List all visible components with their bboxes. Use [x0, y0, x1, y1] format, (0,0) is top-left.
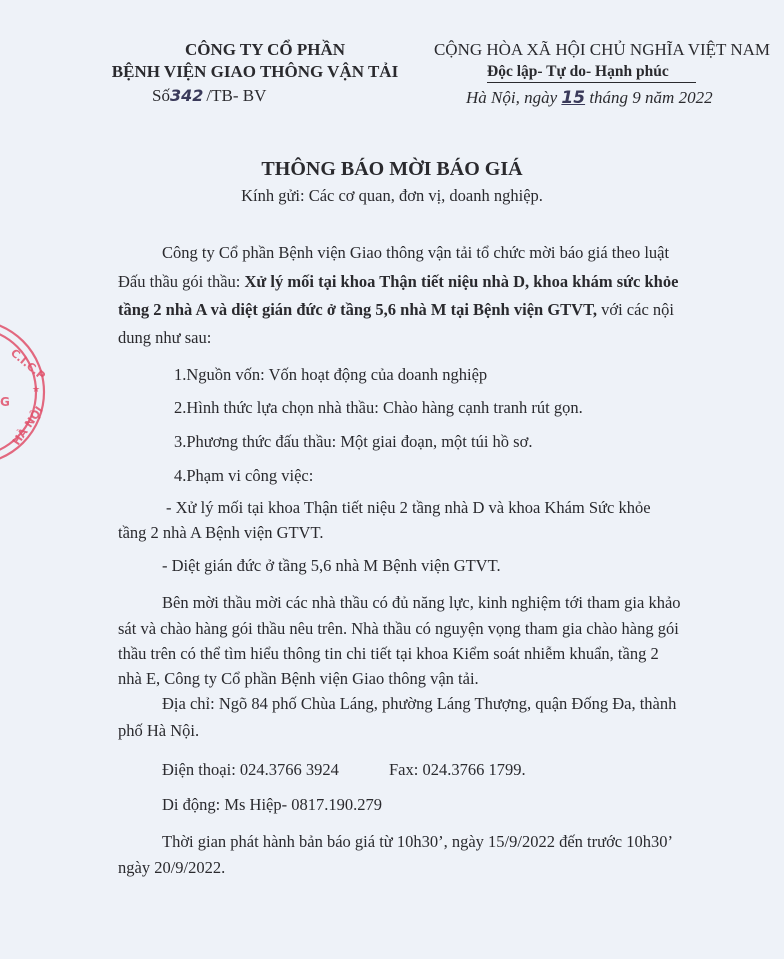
date-prefix: Hà Nội, ngày: [466, 88, 561, 107]
stamp-text-cicp: C.I.C.P: [8, 346, 48, 382]
document-number-handwritten: 342: [170, 86, 203, 105]
invitation-line-1: Bên mời thầu mời các nhà thầu có đủ năng…: [162, 593, 681, 613]
item-funding: 1.Nguồn vốn: Vốn hoạt động của doanh ngh…: [174, 365, 487, 385]
intro-line-3: tầng 2 nhà A và diệt gián đức ở tầng 5,6…: [118, 300, 674, 320]
item-bidding-method: 3.Phương thức đấu thầu: Một giai đoạn, m…: [174, 432, 532, 452]
item-scope: 4.Phạm vi công việc:: [174, 466, 313, 486]
stamp-text-hanoi: HÀ NỘI: [10, 404, 46, 448]
invitation-line-3: thầu trên có thể tìm hiểu thông tin chi …: [118, 644, 659, 664]
intro-tail: với các nội: [597, 300, 674, 319]
intro-line-4: dung như sau:: [118, 328, 211, 348]
date-day-handwritten: 15: [561, 88, 585, 108]
package-name-part-1: Xử lý mối tại khoa Thận tiết niệu nhà D,…: [244, 272, 678, 291]
intro-line-1: Công ty Cổ phần Bệnh viện Giao thông vận…: [162, 243, 669, 263]
national-title: CỘNG HÒA XÃ HỘI CHỦ NGHĨA VIỆT NAM: [420, 40, 784, 60]
company-name-line1: CÔNG TY CỔ PHẦN: [110, 40, 420, 60]
document-number-suffix: /TB- BV: [206, 86, 266, 105]
scope-bullet-1-line-1: - Xử lý mối tại khoa Thận tiết niệu 2 tầ…: [166, 498, 651, 518]
release-time-line-1: Thời gian phát hành bản báo giá từ 10h30…: [162, 832, 673, 852]
address-line-2: phố Hà Nội.: [118, 721, 199, 741]
document-number: Số342/TB- BV: [152, 86, 266, 106]
invitation-line-2: sát và chào hàng gói thầu nêu trên. Nhà …: [118, 619, 679, 639]
fax-number: Fax: 024.3766 1799.: [389, 760, 526, 780]
motto-underline: [487, 82, 696, 83]
mobile-contact: Di động: Ms Hiệp- 0817.190.279: [162, 795, 382, 815]
document-number-prefix: Số: [152, 86, 170, 105]
phone-number: Điện thoại: 024.3766 3924: [162, 760, 339, 780]
scope-bullet-1-line-2: tầng 2 nhà A Bệnh viện GTVT.: [118, 523, 323, 543]
company-seal-stamp: C.I.C.P ★ G HÀ NỘI: [0, 318, 50, 466]
scope-bullet-2: - Diệt gián đức ở tầng 5,6 nhà M Bệnh vi…: [162, 556, 501, 576]
address-line-1: Địa chỉ: Ngõ 84 phố Chùa Láng, phường Lá…: [162, 694, 676, 714]
stamp-star: ★: [32, 385, 40, 395]
salutation: Kính gửi: Các cơ quan, đơn vị, doanh ngh…: [0, 186, 784, 206]
document-title: THÔNG BÁO MỜI BÁO GIÁ: [0, 158, 784, 181]
national-motto: Độc lập- Tự do- Hạnh phúc: [487, 63, 669, 81]
invitation-line-4: nhà E, Công ty Cổ phần Bệnh viện Giao th…: [118, 669, 479, 689]
document-page: CÔNG TY CỔ PHẦN BỆNH VIỆN GIAO THÔNG VẬN…: [0, 0, 784, 959]
place-date: Hà Nội, ngày 15 tháng 9 năm 2022: [466, 88, 713, 108]
date-suffix: tháng 9 năm 2022: [585, 88, 713, 107]
package-name-part-2: tầng 2 nhà A và diệt gián đức ở tầng 5,6…: [118, 300, 597, 319]
intro-line-2: Đấu thầu gói thầu: Xử lý mối tại khoa Th…: [118, 272, 678, 292]
intro-plain: Đấu thầu gói thầu:: [118, 272, 244, 291]
release-time-line-2: ngày 20/9/2022.: [118, 858, 225, 878]
item-selection-method: 2.Hình thức lựa chọn nhà thầu: Chào hàng…: [174, 398, 583, 418]
company-name-line2: BỆNH VIỆN GIAO THÔNG VẬN TẢI: [100, 62, 410, 82]
stamp-letter: G: [0, 395, 10, 409]
